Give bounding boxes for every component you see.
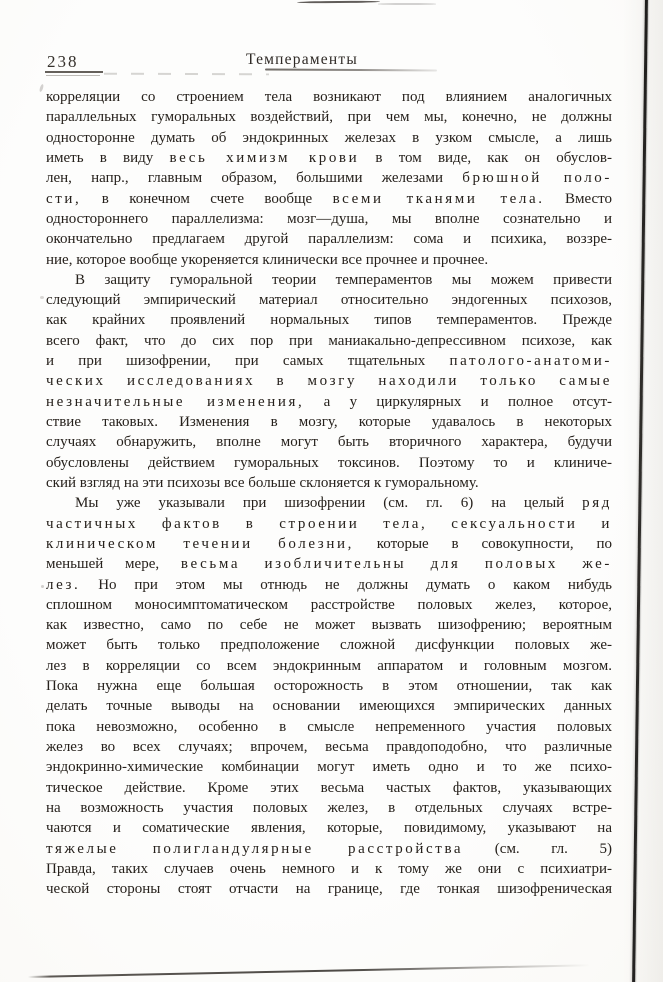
header-rule-title xyxy=(265,68,437,71)
text-segment: которые в совокупности, по xyxy=(354,536,612,552)
text-line: на возможность участия половых желез, в … xyxy=(46,798,612,818)
header-rule-dashes xyxy=(104,73,269,76)
text-line: ческих исследованиях в мозгу находили то… xyxy=(46,371,612,391)
letterspaced-text: незначительные изменения, xyxy=(46,394,304,410)
text-line: и при шизофрении, при самых тщательных п… xyxy=(46,351,612,371)
text-segment: ствие таковых. Изменения в мозгу, которы… xyxy=(46,414,612,430)
text-line: В защиту гуморальной теории темпераменто… xyxy=(46,270,612,290)
text-segment: в конечном счете вообще xyxy=(81,191,332,207)
book-page: 238 Темпераменты корреляции со строением… xyxy=(0,0,663,982)
header-rule-left-faint xyxy=(46,75,100,76)
text-line: как известно, само по себе не может вызв… xyxy=(46,615,612,635)
scan-edge-line xyxy=(632,0,648,982)
text-line: случаях обнаружить, вполне могут быть вт… xyxy=(46,432,612,452)
text-segment: ский взгляд на эти психозы все больше ск… xyxy=(46,475,479,491)
scan-speck xyxy=(40,296,44,299)
header-rule-left xyxy=(45,71,103,73)
text-segment: параллельных гуморальных воздействий, пр… xyxy=(46,109,612,125)
letterspaced-text: патолого-анатоми- xyxy=(450,353,612,369)
text-line: частичных фактов в строении тела, сексуа… xyxy=(46,514,612,534)
text-line: эндокринно-химические комбинации могут и… xyxy=(46,757,612,777)
letterspaced-text: весь химизм крови xyxy=(169,150,359,166)
text-line: Пока нужна еще большая осторожность в эт… xyxy=(46,676,612,696)
text-line: незначительные изменения, а у циркулярны… xyxy=(46,392,612,412)
letterspaced-text: тяжелые полигландулярные расстройства xyxy=(46,841,463,857)
text-segment: Но при этом мы отнюдь не должны думать о… xyxy=(80,577,612,593)
text-segment: сплошном моносимптоматическом расстройст… xyxy=(46,597,612,613)
letterspaced-text: сти, xyxy=(46,191,81,207)
text-segment: Вместо xyxy=(545,191,612,207)
letterspaced-text: всеми тканями тела. xyxy=(333,191,545,207)
text-segment: (см. гл. 5) xyxy=(463,841,612,857)
text-segment: и при шизофрении, при самых тщательных xyxy=(46,353,450,369)
text-line: односторонне думать об эндокринных желез… xyxy=(46,128,612,148)
letterspaced-text: ческих исследованиях в мозгу находили то… xyxy=(46,373,612,389)
text-line: ский взгляд на эти психозы все больше ск… xyxy=(46,473,612,493)
scan-speck xyxy=(41,585,44,588)
text-segment: меньшей мере, xyxy=(46,556,181,572)
text-segment: всего факт, что до сих пор при маниакаль… xyxy=(46,333,612,349)
text-segment: ческой стороны стоят отчасти на границе,… xyxy=(46,881,612,897)
text-line: лез в корреляции со всем эндокринным апп… xyxy=(46,656,612,676)
text-segment: как крайних проявлений нормальных типов … xyxy=(46,312,612,328)
letterspaced-text: весьма изобличительны для половых же- xyxy=(181,556,612,572)
text-line: ние, которое вообще укореняется клиничес… xyxy=(46,250,612,270)
text-segment: Правда, таких случаев очень немного и к … xyxy=(46,861,612,877)
text-line: всего факт, что до сих пор при маниакаль… xyxy=(46,331,612,351)
text-line: следующий эмпирический материал относите… xyxy=(46,290,612,310)
text-segment: окончательно предлагаем другой параллели… xyxy=(46,231,612,247)
scan-streak-top-faint xyxy=(378,3,436,5)
text-line: меньшей мере, весьма изобличительны для … xyxy=(46,554,612,574)
text-line: ческой стороны стоят отчасти на границе,… xyxy=(46,879,612,899)
text-line: параллельных гуморальных воздействий, пр… xyxy=(46,107,612,127)
text-segment: односторонне думать об эндокринных желез… xyxy=(46,130,612,146)
text-line: иметь в виду весь химизм крови в том вид… xyxy=(46,148,612,168)
text-segment: одностороннего параллелизма: мозг—душа, … xyxy=(46,211,612,227)
text-segment: эндокринно-химические комбинации могут и… xyxy=(46,759,612,775)
text-line: желез во всех случаях; впрочем, весьма п… xyxy=(46,737,612,757)
text-segment: корреляции со строением тела возникают п… xyxy=(46,89,612,105)
text-line: может быть только предположение сложной … xyxy=(46,635,612,655)
text-segment: может быть только предположение сложной … xyxy=(46,637,612,653)
text-line: одностороннего параллелизма: мозг—душа, … xyxy=(46,209,612,229)
text-line: как крайних проявлений нормальных типов … xyxy=(46,310,612,330)
text-line: чаются и соматические явления, которые, … xyxy=(46,818,612,838)
letterspaced-text: лез. xyxy=(46,577,80,593)
running-title: Темпераменты xyxy=(246,51,358,69)
text-line: обусловлены действием гуморальных токсин… xyxy=(46,453,612,473)
scan-line-bottom xyxy=(28,964,590,978)
text-line: сплошном моносимптоматическом расстройст… xyxy=(46,595,612,615)
page-number: 238 xyxy=(47,52,79,72)
text-line: клиническом течении болезни, которые в с… xyxy=(46,534,612,554)
letterspaced-text: частичных фактов в строении тела, сексуа… xyxy=(46,516,612,532)
text-segment: лен, напр., главным образом, большими же… xyxy=(46,170,462,186)
text-segment: случаях обнаружить, вполне могут быть вт… xyxy=(46,434,612,450)
text-segment: тическое действие. Кроме этих весьма час… xyxy=(46,780,612,796)
text-segment: желез во всех случаях; впрочем, весьма п… xyxy=(46,739,612,755)
scan-speck xyxy=(39,84,44,93)
text-segment: а у циркулярных и полное отсут- xyxy=(304,394,612,410)
text-line: Правда, таких случаев очень немного и к … xyxy=(46,859,612,879)
text-line: тяжелые полигландулярные расстройства (с… xyxy=(46,839,612,859)
text-line: лен, напр., главным образом, большими же… xyxy=(46,168,612,188)
text-segment: иметь в виду xyxy=(46,150,169,166)
letterspaced-text: брюшной поло- xyxy=(462,170,612,186)
text-line: пока невозможно, особенно в смысле непре… xyxy=(46,717,612,737)
letterspaced-text: ряд xyxy=(582,495,612,511)
scan-streak-top xyxy=(297,1,380,4)
text-segment: пока невозможно, особенно в смысле непре… xyxy=(46,719,612,735)
text-segment: делать точные выводы на основании имеющи… xyxy=(46,698,612,714)
text-line: Мы уже указывали при шизофрении (см. гл.… xyxy=(46,493,612,513)
page-body-text: корреляции со строением тела возникают п… xyxy=(46,87,612,900)
text-segment: как известно, само по себе не может вызв… xyxy=(46,617,612,633)
text-line: делать точные выводы на основании имеющи… xyxy=(46,696,612,716)
text-line: тическое действие. Кроме этих весьма час… xyxy=(46,778,612,798)
text-line: сти, в конечном счете вообще всеми тканя… xyxy=(46,189,612,209)
text-segment: В защиту гуморальной теории темпераменто… xyxy=(75,272,612,288)
text-segment: чаются и соматические явления, которые, … xyxy=(46,820,612,836)
text-segment: Пока нужна еще большая осторожность в эт… xyxy=(46,678,612,694)
letterspaced-text: клиническом течении болезни, xyxy=(46,536,354,552)
text-segment: лез в корреляции со всем эндокринным апп… xyxy=(46,658,612,674)
text-line: ствие таковых. Изменения в мозгу, которы… xyxy=(46,412,612,432)
text-line: лез. Но при этом мы отнюдь не должны дум… xyxy=(46,575,612,595)
text-segment: обусловлены действием гуморальных токсин… xyxy=(46,455,612,471)
text-segment: ние, которое вообще укореняется клиничес… xyxy=(46,252,488,268)
text-segment: следующий эмпирический материал относите… xyxy=(46,292,612,308)
text-line: корреляции со строением тела возникают п… xyxy=(46,87,612,107)
text-segment: Мы уже указывали при шизофрении (см. гл.… xyxy=(75,495,582,511)
text-segment: на возможность участия половых желез, в … xyxy=(46,800,612,816)
text-segment: в том виде, как он обуслов- xyxy=(359,150,612,166)
text-line: окончательно предлагаем другой параллели… xyxy=(46,229,612,249)
